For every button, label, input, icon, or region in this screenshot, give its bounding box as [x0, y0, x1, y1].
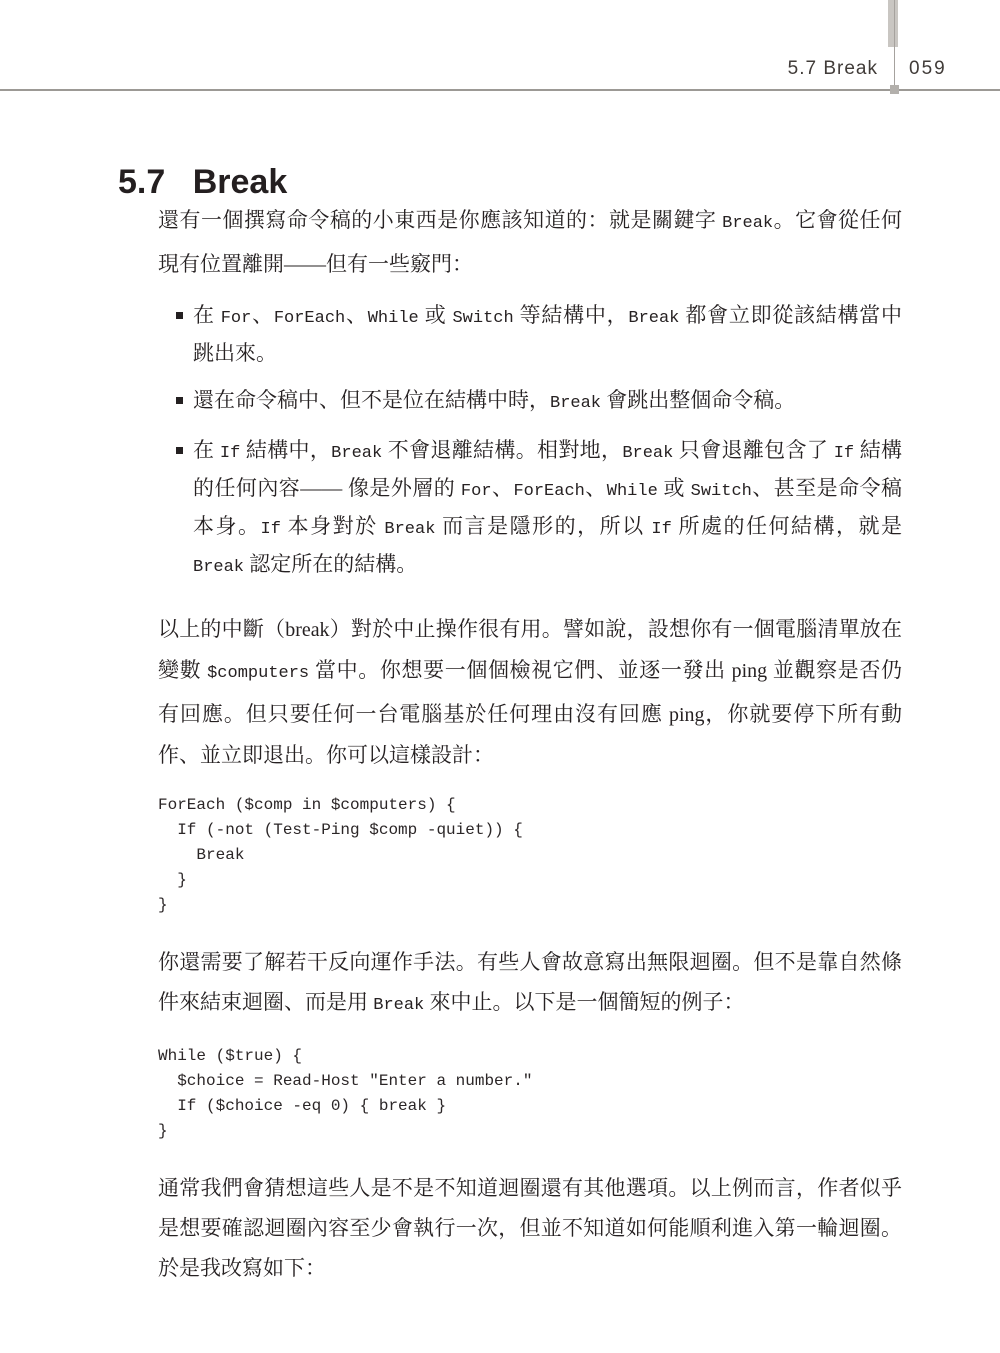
page-content: 還有一個撰寫命令稿的小東西是你應該知道的：就是關鍵字 Break。它會從任何現有…	[158, 196, 902, 1288]
text-segment: 以上的中斷（	[158, 617, 285, 641]
running-header-section-label: 5.7 Break	[788, 58, 878, 80]
text-segment: 結構中，	[240, 438, 331, 462]
text-segment: Break	[373, 996, 424, 1015]
text-segment: 當中。你想要一個個檢視它們、並逐一發出	[309, 658, 731, 682]
bullet-list: 在 For、ForEach、While 或 Switch 等結構中，Break …	[158, 298, 902, 585]
text-segment: While	[607, 482, 658, 501]
text-segment: Break	[384, 520, 435, 539]
text-segment: For	[221, 309, 252, 328]
bullet-square-icon	[176, 312, 183, 319]
text-segment: 、	[492, 476, 514, 500]
text-segment: 來中止。以下是一個簡短的例子：	[424, 990, 744, 1014]
text-segment: 所處的任何結構，就是	[672, 514, 902, 538]
bullet-item-if-structure: 在 If 結構中，Break 不會退離結構。相對地，Break 只會退離包含了 …	[158, 433, 902, 585]
text-segment: 、	[345, 303, 367, 327]
bullet-text: 在 If 結構中，Break 不會退離結構。相對地，Break 只會退離包含了 …	[193, 438, 902, 576]
text-segment: Break	[331, 444, 382, 463]
code-block-while-readhost: While ($true) { $choice = Read-Host "Ent…	[158, 1044, 902, 1144]
text-segment: $computers	[207, 664, 309, 683]
text-segment: 在	[193, 438, 220, 462]
text-segment: ForEach	[513, 482, 584, 501]
header-horizontal-rule	[0, 89, 1000, 91]
text-segment: Break	[628, 309, 679, 328]
text-segment: If	[651, 520, 671, 539]
text-segment: 認定所在的結構。	[244, 552, 417, 576]
text-segment: 還有一個撰寫命令稿的小東西是你應該知道的：就是關鍵字	[158, 208, 722, 232]
text-segment: Switch	[691, 482, 752, 501]
text-segment: 會跳出整個命令稿。	[601, 388, 795, 412]
text-segment: 、	[251, 303, 273, 327]
bullet-square-icon	[176, 397, 183, 404]
text-segment: 還在命令稿中、但不是位在結構中時，	[193, 388, 550, 412]
paragraph-intro: 還有一個撰寫命令稿的小東西是你應該知道的：就是關鍵字 Break。它會從任何現有…	[158, 200, 902, 284]
text-segment: 只會退離包含了	[673, 438, 833, 462]
bullet-text: 還在命令稿中、但不是位在結構中時，Break 會跳出整個命令稿。	[193, 388, 795, 412]
book-page: 5.7 Break 059 5.7 Break 還有一個撰寫命令稿的小東西是你應…	[0, 0, 1000, 1353]
text-segment: ForEach	[274, 309, 345, 328]
bullet-item-loop-structures: 在 For、ForEach、While 或 Switch 等結構中，Break …	[158, 298, 902, 371]
text-segment: If	[220, 444, 240, 463]
text-segment: 等結構中，	[514, 303, 629, 327]
bullet-item-script-scope: 還在命令稿中、但不是位在結構中時，Break 會跳出整個命令稿。	[158, 383, 902, 421]
text-segment: break	[285, 619, 329, 641]
text-segment: 、	[585, 476, 607, 500]
text-segment: Break	[193, 558, 244, 577]
text-segment: ping	[732, 660, 767, 682]
header-vertical-divider	[894, 0, 895, 90]
paragraph-rewrite-intro: 通常我們會猜想這些人是不是不知道迴圈還有其他選項。以上例而言，作者似乎是想要確認…	[158, 1168, 902, 1288]
text-segment: For	[461, 482, 492, 501]
text-segment: While	[368, 309, 419, 328]
paragraph-ping-example: 以上的中斷（break）對於中止操作很有用。譬如說，設想你有一個電腦清單放在變數…	[158, 609, 902, 775]
text-segment: 本身對於	[281, 514, 384, 538]
text-segment: If	[834, 444, 854, 463]
text-segment: 通常我們會猜想這些人是不是不知道迴圈還有其他選項。以上例而言，作者似乎是想要確認…	[158, 1176, 902, 1280]
text-segment: 或	[658, 476, 691, 500]
text-segment: If	[261, 520, 281, 539]
code-block-foreach-ping: ForEach ($comp in $computers) { If (-not…	[158, 793, 902, 918]
text-segment: Break	[622, 444, 673, 463]
text-segment: 在	[193, 303, 221, 327]
page-number: 059	[909, 58, 947, 80]
text-segment: 或	[419, 303, 453, 327]
text-segment: ping	[669, 704, 704, 726]
header-rule-node	[890, 85, 899, 94]
text-segment: Switch	[452, 309, 513, 328]
bullet-square-icon	[176, 447, 183, 454]
bullet-text: 在 For、ForEach、While 或 Switch 等結構中，Break …	[193, 303, 902, 365]
paragraph-infinite-loop: 你還需要了解若干反向運作手法。有些人會故意寫出無限迴圈。但不是靠自然條件來結束迴…	[158, 942, 902, 1026]
text-segment: 而言是隱形的，所以	[435, 514, 651, 538]
text-segment: Break	[550, 394, 601, 413]
page-edge-mark	[888, 0, 898, 47]
text-segment: 不會退離結構。相對地，	[382, 438, 622, 462]
text-segment: Break	[722, 214, 773, 233]
